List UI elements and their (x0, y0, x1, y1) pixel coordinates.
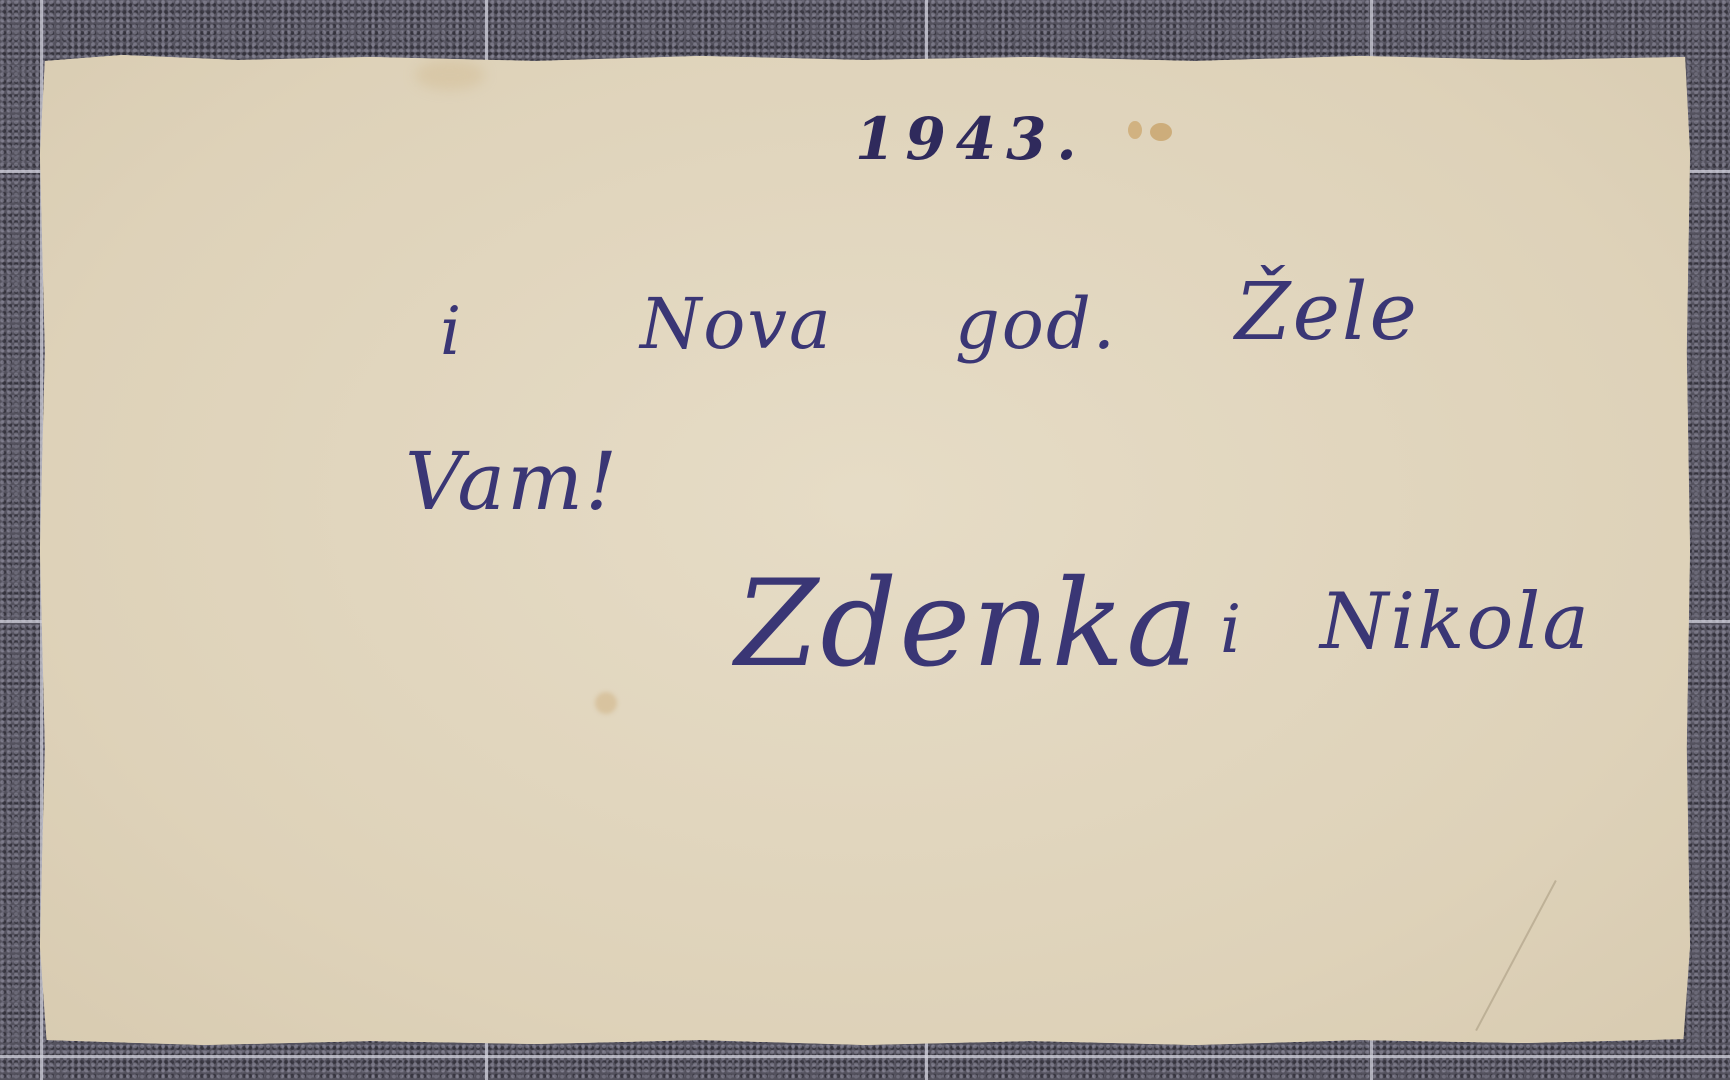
signature-name-nikola: Nikola (1320, 577, 1591, 667)
paper-crease (1475, 880, 1557, 1031)
grid-line (0, 1055, 1730, 1058)
signature-conjunction: i (1220, 591, 1243, 668)
paper-stain (1150, 123, 1172, 141)
paper-stain (1128, 121, 1142, 139)
message-word-nova: Nova (640, 283, 833, 365)
greeting-card: 1943. i Nova god. Žele Vam! Zdenka i Nik… (40, 55, 1690, 1045)
year-text: 1943. (855, 105, 1087, 173)
message-word-i: i (440, 293, 463, 370)
signature-name-zdenka: Zdenka (735, 555, 1200, 694)
paper-stain (415, 60, 485, 90)
paper-stain (595, 692, 617, 714)
message-word-god: god. (955, 283, 1117, 365)
message-line-vam: Vam! (405, 435, 619, 528)
message-word-zele: Žele (1235, 265, 1419, 358)
